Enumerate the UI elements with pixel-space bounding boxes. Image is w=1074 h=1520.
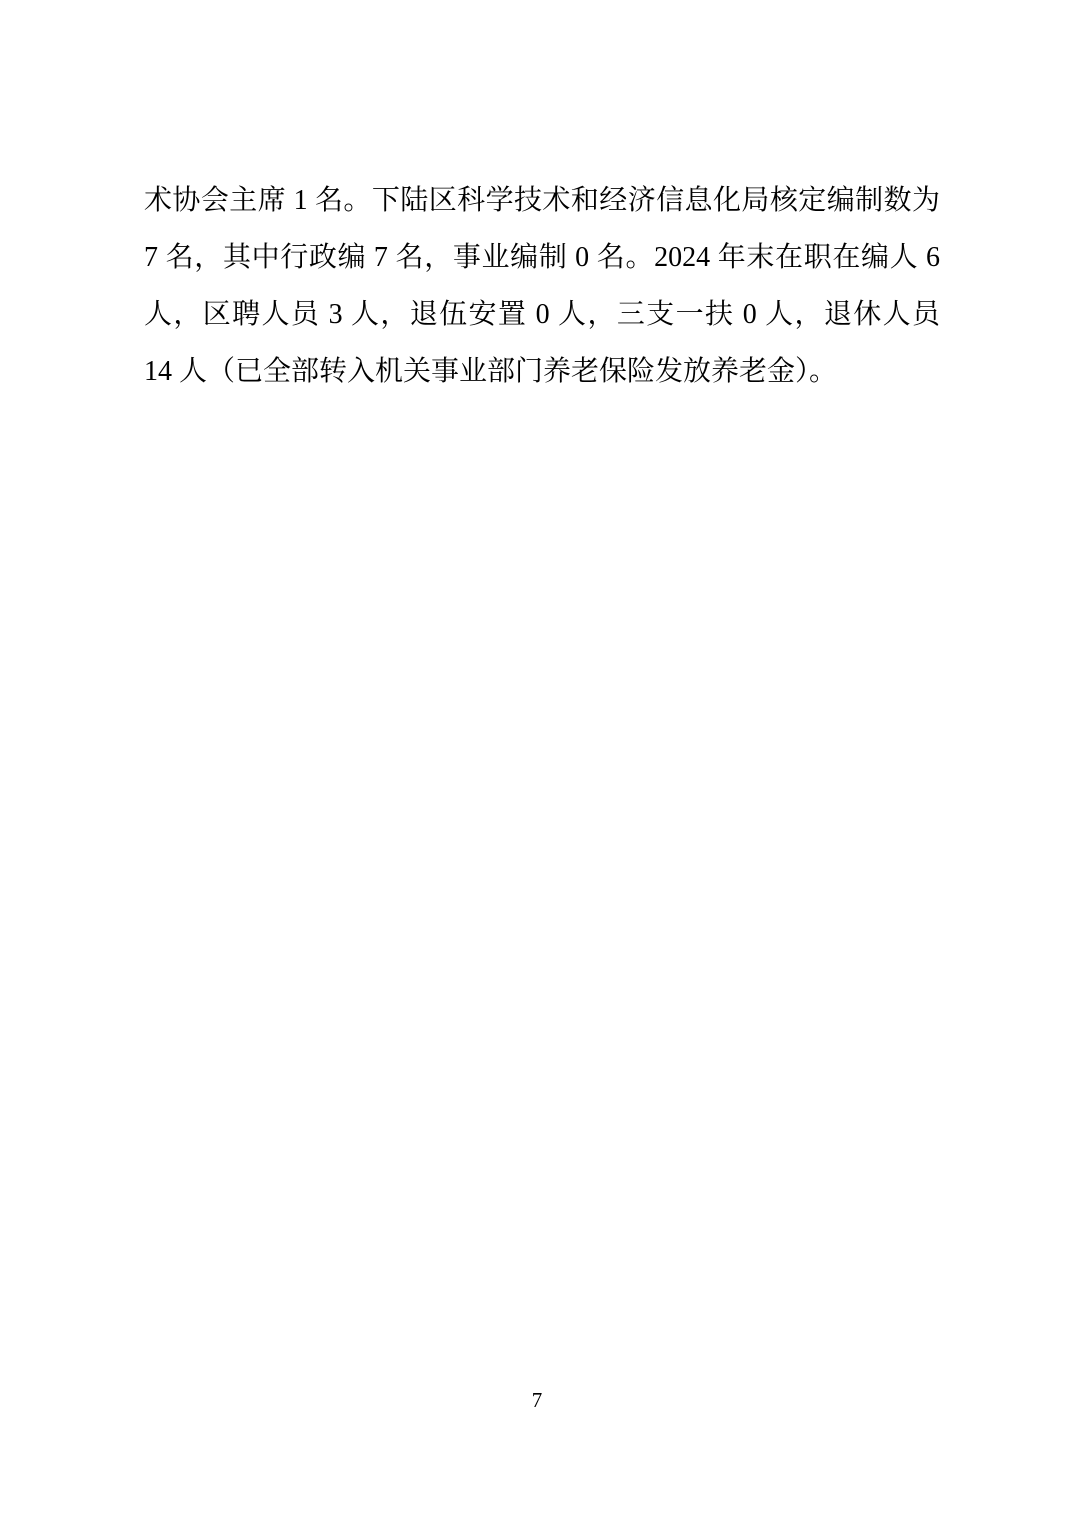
page-number: 7 [532,1388,543,1412]
page-footer: 7 [0,1386,1074,1414]
paragraph-line-2: 7 名，其中行政编 7 名，事业编制 0 名。2024 年末在职在编人 6 [144,229,940,286]
document-page: 术协会主席 1 名。下陆区科学技术和经济信息化局核定编制数为 7 名，其中行政编… [0,0,1074,1520]
body-paragraph: 术协会主席 1 名。下陆区科学技术和经济信息化局核定编制数为 7 名，其中行政编… [144,172,940,400]
paragraph-line-1: 术协会主席 1 名。下陆区科学技术和经济信息化局核定编制数为 [144,172,940,229]
paragraph-line-4: 14 人（已全部转入机关事业部门养老保险发放养老金）。 [144,343,940,400]
paragraph-line-3: 人，区聘人员 3 人，退伍安置 0 人，三支一扶 0 人，退休人员 [144,286,940,343]
